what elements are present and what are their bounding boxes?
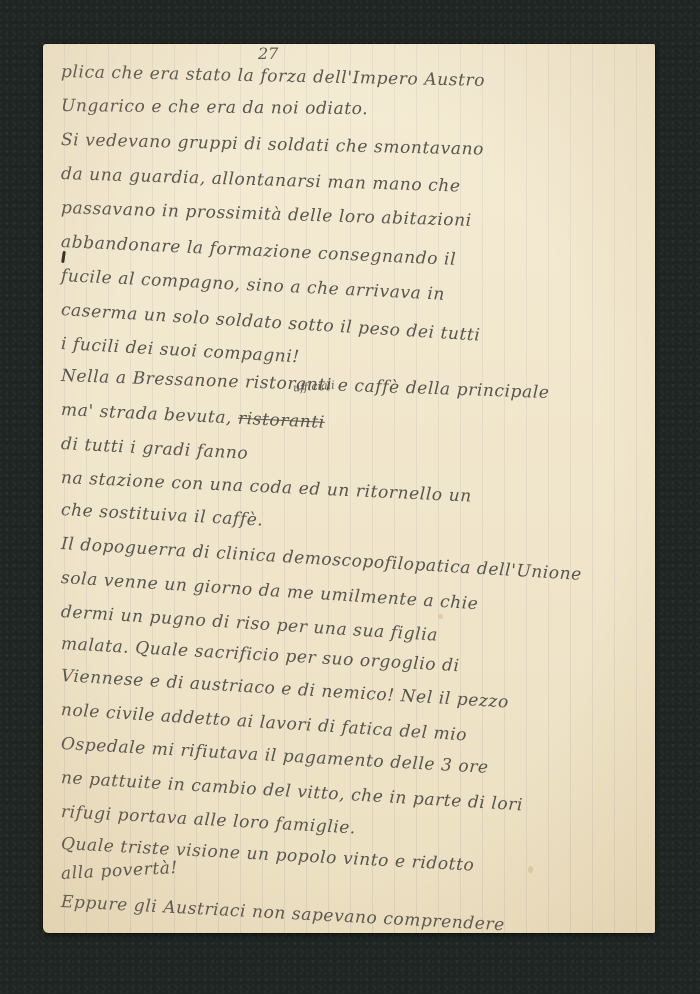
manuscript-line: abbandonare la formazione consegnando il (61, 232, 457, 270)
manuscript-line: Eppure gli Austriaci non sapevano compre… (60, 892, 505, 935)
manuscript-line: Ungarico e che era da noi odiato. (61, 96, 368, 119)
page-number: 27 (258, 44, 278, 63)
manuscript-line: i fucili dei suoi compagni! (60, 334, 300, 367)
manuscript-line: rifugi portava alle loro famiglie. (60, 802, 356, 838)
manuscript-line: alla povertà! (60, 858, 178, 884)
manuscript-line: passavano in prossimità delle loro abita… (61, 198, 472, 231)
manuscript-line: da una guardia, allontanarsi man mano ch… (61, 164, 461, 197)
line-text: ma' strada bevuta, (61, 400, 233, 428)
manuscript-line: che sostituiva il caffè. (60, 500, 263, 531)
manuscript-line: na stazione con una coda ed un ritornell… (61, 468, 473, 507)
manuscript-line: Si vedevano gruppi di soldati che smonta… (61, 130, 484, 160)
manuscript-line: plica che era stato la forza dell'Impero… (61, 62, 485, 91)
paper-stain (528, 866, 533, 873)
manuscript-page: 27 plica che era stato la forza dell'Imp… (43, 44, 655, 933)
manuscript-line: ma' strada bevuta, ristoranti (61, 400, 326, 433)
paper-stain (438, 614, 443, 619)
manuscript-line: fucile al compagno, sino a che arrivava … (61, 266, 446, 305)
margin-ink-mark (61, 251, 66, 263)
struck-word: ristoranti (238, 409, 326, 433)
line-text: di tutti i gradi fanno (60, 434, 248, 464)
manuscript-line: di tutti i gradi fanno (60, 434, 248, 464)
